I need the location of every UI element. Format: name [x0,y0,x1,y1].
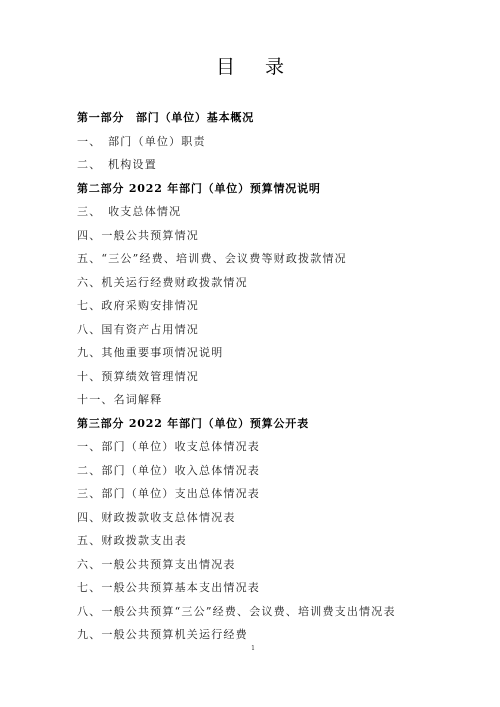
page-title-char-2: 录 [265,52,284,79]
toc-item: 四、财政拨款收支总体情况表 [77,510,477,534]
toc-part-1-heading: 第一部分 部门（单位）基本概况 [77,110,477,134]
toc-item: 十、预算绩效管理情况 [77,369,477,393]
page-title-char-1: 目 [216,52,235,79]
toc-part-2-heading: 第二部分 2022 年部门（单位）预算情况说明 [77,181,477,205]
toc-item: 二、部门（单位）收入总体情况表 [77,463,477,487]
table-of-contents: 第一部分 部门（单位）基本概况 一、 部门（单位）职责 二、 机构设置 第二部分… [77,110,477,651]
toc-item: 九、其他重要事项情况说明 [77,345,477,369]
page-title: 目录 [0,52,500,79]
toc-item: 二、 机构设置 [77,157,477,181]
toc-item: 十一、名词解释 [77,392,477,416]
toc-item: 五、财政拨款支出表 [77,533,477,557]
page-number: 1 [0,645,500,652]
toc-item: 六、一般公共预算支出情况表 [77,557,477,581]
toc-item: 四、一般公共预算情况 [77,228,477,252]
toc-item: 七、一般公共预算基本支出情况表 [77,580,477,604]
toc-item: 三、部门（单位）支出总体情况表 [77,486,477,510]
toc-item: 八、国有资产占用情况 [77,322,477,346]
toc-item: 五、“三公”经费、培训费、会议费等财政拨款情况 [77,251,477,275]
toc-item: 七、政府采购安排情况 [77,298,477,322]
toc-part-3-heading: 第三部分 2022 年部门（单位）预算公开表 [77,416,477,440]
toc-item: 八、一般公共预算“三公”经费、会议费、培训费支出情况表 [77,604,477,628]
toc-item: 三、 收支总体情况 [77,204,477,228]
toc-item: 一、 部门（单位）职责 [77,134,477,158]
toc-item: 一、部门（单位）收支总体情况表 [77,439,477,463]
toc-item: 六、机关运行经费财政拨款情况 [77,275,477,299]
